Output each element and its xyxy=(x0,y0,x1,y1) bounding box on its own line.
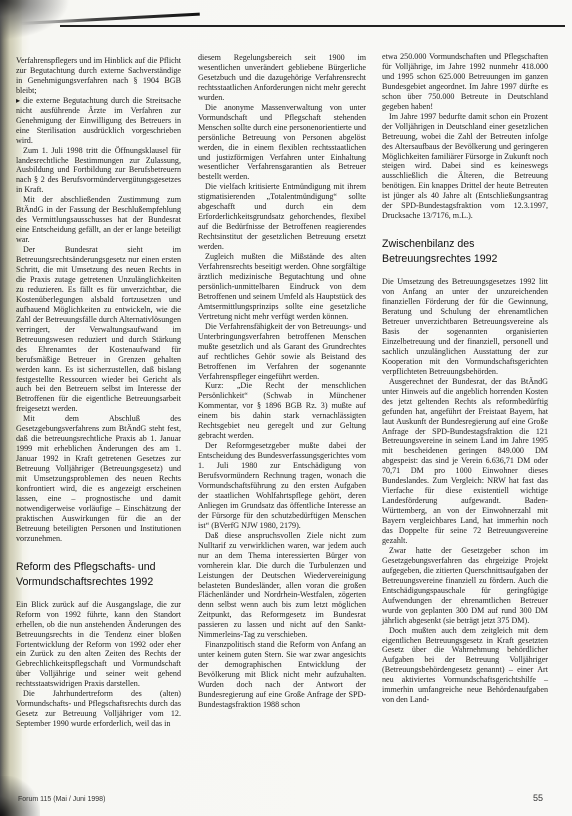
page-footer: Forum 115 (Mai / Juni 1998) xyxy=(18,796,105,803)
paragraph: Doch mußten auch dem zeitgleich mit dem … xyxy=(382,626,548,706)
paragraph: Die Verfahrensfähigkeit der von Betreuun… xyxy=(198,322,366,382)
paragraph: etwa 250.000 Vormundschaften und Pflegsc… xyxy=(382,52,548,112)
bullet-item: ▸ die externe Begutachtung durch die Str… xyxy=(16,96,181,146)
paragraph: Die anonyme Massenverwaltung von unter V… xyxy=(198,103,366,183)
section-heading-reform-1992: Reform des Pflegschafts- und Vormundscha… xyxy=(16,560,181,590)
paragraph: Die vielfach kritisierte Entmündigung mi… xyxy=(198,182,366,252)
heading-line-1: Zwischenbilanz des xyxy=(382,237,548,252)
paragraph: Ausgerechnet der Bundesrat, der das BtÄn… xyxy=(382,377,548,546)
paragraph: Zum 1. Juli 1998 tritt die Öffnungsklaus… xyxy=(16,146,181,196)
document-page: Verfahrenspflegers und im Hinblick auf d… xyxy=(0,0,572,816)
column-3: etwa 250.000 Vormundschaften und Pflegsc… xyxy=(382,52,548,705)
paragraph: Zwar hatte der Gesetzgeber schon im Gese… xyxy=(382,546,548,626)
paragraph: Im Jahre 1997 bedurfte damit schon ein P… xyxy=(382,112,548,221)
paragraph: Kurz: „Die Recht der menschlichen Persön… xyxy=(198,381,366,441)
paragraph: Die Jahrhundertreform des (alten) Vormun… xyxy=(16,689,181,729)
paragraph: Mit der abschließenden Zustimmung zum Bt… xyxy=(16,195,181,245)
paragraph: Ein Blick zurück auf die Ausgangslage, d… xyxy=(16,600,181,690)
column-1: Verfahrenspflegers und im Hinblick auf d… xyxy=(16,56,181,729)
section-heading-zwischenbilanz: Zwischenbilanz des Betreuungsrechtes 199… xyxy=(382,237,548,267)
paragraph: Zugleich mußten die Mißstände des alten … xyxy=(198,252,366,322)
page-number: 55 xyxy=(533,793,543,803)
heading-line-2: Betreuungsrechtes 1992 xyxy=(382,252,548,267)
paragraph: diesem Regelungsbereich seit 1900 im wes… xyxy=(198,53,366,103)
paragraph: Daß diese anspruchsvollen Ziele nicht zu… xyxy=(198,531,366,640)
paragraph: Der Bundesrat sieht im Betreuungsrechtsä… xyxy=(16,245,181,414)
paragraph: Mit dem Abschluß des Gesetzgebungsverfah… xyxy=(16,414,181,543)
column-2: diesem Regelungsbereich seit 1900 im wes… xyxy=(198,53,366,710)
paragraph: Verfahrenspflegers und im Hinblick auf d… xyxy=(16,56,181,96)
paragraph: Die Umsetzung des Betreuungsgesetzes 199… xyxy=(382,277,548,377)
top-rule xyxy=(60,25,565,27)
heading-line-2: Vormundschaftsrechtes 1992 xyxy=(16,575,181,590)
paragraph: Finanzpolitisch stand die Reform von Anf… xyxy=(198,640,366,710)
paragraph: Der Reformgesetzgeber mußte dabei der En… xyxy=(198,441,366,531)
heading-line-1: Reform des Pflegschafts- und xyxy=(16,560,181,575)
